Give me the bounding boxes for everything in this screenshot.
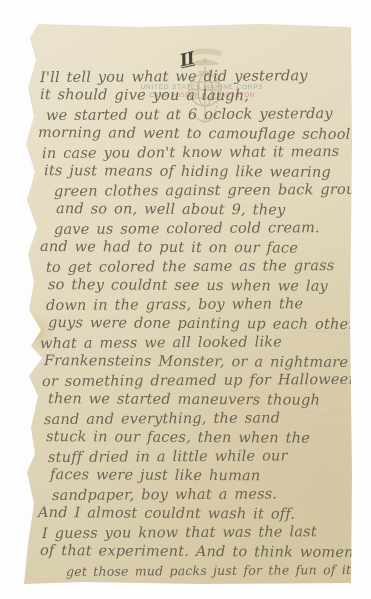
handwritten-line: so they couldnt see us when we lay [48,276,350,297]
handwritten-line: I guess you know that was the last [42,523,350,544]
handwritten-line: green clothes against green back ground [54,181,350,202]
handwritten-line: sandpaper, boy what a mess. [52,485,350,506]
handwritten-line: sand and everything, the sand [44,409,350,430]
handwritten-line: it should give you a laugh, [40,86,350,107]
handwritten-line: Frankensteins Monster, or a nightmare [44,352,350,373]
handwritten-line: to get colored the same as the grass [46,257,350,278]
letter-body: I'll tell you what we did yesterday it s… [32,68,350,579]
handwritten-line: guys were done painting up each other, [48,314,350,335]
letter-page: UNITED STATES MARINE CORPS CAMP JOSEPH H… [22,24,352,584]
handwritten-line: its just means of hiding like wearing [44,162,350,183]
handwritten-line: get those mud packs just for the fun of … [66,561,350,580]
handwritten-line: and we had to put it on our face [40,238,350,259]
handwritten-line: what a mess we all looked like [40,333,350,354]
scan-background: UNITED STATES MARINE CORPS CAMP JOSEPH H… [0,0,371,599]
handwritten-line: down in the grass, boy when the [46,295,350,316]
handwritten-line: and so on, well about 9, they [56,200,350,221]
handwritten-line: in case you don't know what it means [42,143,350,164]
handwritten-line: faces were just like human [50,466,350,487]
handwritten-line: And I almost couldnt wash it off. [38,504,350,525]
handwritten-line: I'll tell you what we did yesterday [40,67,350,88]
handwritten-line: stuck in our faces, then when the [46,428,350,449]
handwritten-line: morning and went to camouflage school [38,124,350,145]
handwritten-line: stuff dried in a little while our [48,447,350,468]
handwritten-line: then we started maneuvers though [48,390,350,411]
handwritten-line: of that experiment. And to think women [40,542,350,563]
handwritten-line: we started out at 6 oclock yesterday [46,105,350,126]
handwritten-line: gave us some colored cold cream. [54,219,350,240]
handwritten-line: or something dreamed up for Halloween [42,371,350,392]
